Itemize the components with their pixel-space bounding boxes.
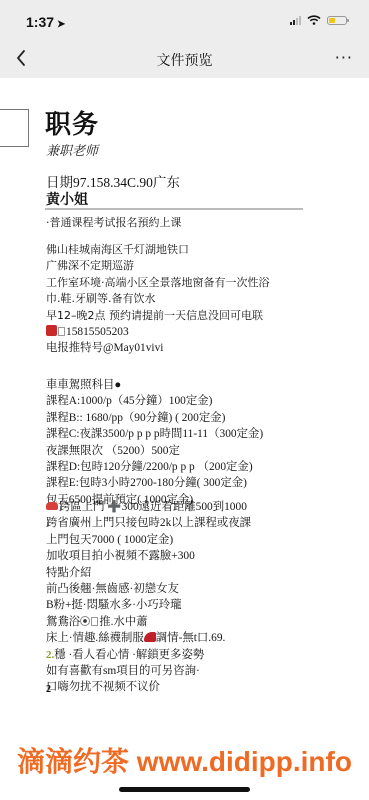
ball-icon: [80, 616, 90, 626]
location-line: 佛山桂城南海区千灯湖地铁口: [46, 242, 270, 258]
page-number: 2: [46, 684, 51, 695]
course-line: 課程A:1000/p（45分鐘）100定金): [46, 393, 263, 409]
car-icon: [46, 502, 58, 510]
document-title: 职务: [45, 104, 99, 141]
contact-name: 黄小姐: [46, 189, 88, 209]
status-bar: 1:37➤: [0, 0, 369, 40]
feature-text: 床上·情趣.絲襪制服: [46, 632, 144, 644]
wifi-icon: [307, 15, 321, 25]
feature-line: 前凸後翹·無齒感·初戀女友: [46, 581, 251, 597]
location-block: 佛山桂城南海区千灯湖地铁口 广佛深不定期巡游 工作室环境·高端小区全景落地窗备有…: [46, 242, 270, 324]
location-line: 早12–晚2点 预约请提前一天信息没回可电联: [46, 308, 270, 324]
location-arrow-icon: ➤: [57, 19, 65, 30]
feature-line: B粉+挺·悶騷水多·小巧玲瓏: [46, 597, 251, 613]
telegram-line: 电报推特号@May01vivi: [46, 340, 163, 356]
course-line: 課程E:包時3小時2700-180分鐘( 300定金): [46, 475, 263, 491]
page-title: 文件预览: [0, 50, 369, 70]
side-box-decoration: [0, 109, 29, 147]
watermark: 滴滴约茶 www.didipp.info: [0, 740, 369, 780]
outcall-block: 跨區上門 ➕300遠近看距離500到1000 跨省廣州上門只接包時2k以上課程或…: [46, 499, 251, 696]
battery-icon: [327, 16, 347, 25]
closing-line: 口嗨勿扰不视频不议价: [46, 679, 251, 695]
date-line: 日期97.158.34C.90广东: [46, 171, 180, 191]
course-line: 夜課無限次 （5200）500定: [46, 443, 263, 459]
course-line: 課程D:包時120分鐘/2200/p p p （200定金): [46, 459, 263, 475]
courses-block: 車車駕照科目● 課程A:1000/p（45分鐘）100定金) 課程B:: 168…: [46, 377, 263, 508]
feature-text: 穩 ·看人看心情 ·解鎖更多姿勢: [54, 649, 204, 661]
time-label: 1:37: [26, 14, 54, 30]
feature-text: 推.水中蕭: [99, 616, 147, 628]
courses-header: 車車駕照科目●: [46, 377, 263, 393]
intro-line: ·普通课程考试报名預約上课: [46, 215, 182, 231]
location-line: 广佛深不定期巡游: [46, 258, 270, 274]
status-icons: [290, 15, 347, 25]
phone-line: 15815505203: [46, 324, 129, 340]
document-preview[interactable]: 职务 兼职老师 日期97.158.34C.90广东 黄小姐 ·普通课程考试报名預…: [0, 78, 369, 800]
nav-bar: 文件预览 ···: [0, 40, 369, 78]
telegram-handle: 电报推特号@May01vivi: [46, 340, 163, 356]
location-line: 巾.鞋.牙刷等.备有饮水: [46, 291, 270, 307]
outcall-line: 加收項目拍小視頻不露臉+300: [46, 548, 251, 564]
divider: [45, 208, 303, 210]
number-two-icon: 2.: [46, 647, 54, 663]
cellular-signal-icon: [290, 16, 301, 25]
outcall-line: 上門包天7000 ( 1000定金): [46, 532, 251, 548]
feature-text: 鴛鴦浴: [46, 616, 80, 628]
outcall-line: 跨區上門 ➕300遠近看距離500到1000: [59, 501, 247, 513]
feature-text: 調情-無t口.69.: [156, 632, 226, 644]
status-time: 1:37➤: [26, 14, 65, 30]
outcall-line: 跨省廣州上門只接包時2k以上課程或夜課: [46, 515, 251, 531]
closing-line: 如有喜歡有sm項目的可另咨詢·: [46, 663, 251, 679]
location-line: 工作室环境·高端小区全景落地窗备有一次性浴: [46, 275, 270, 291]
features-header: 特點介紹: [46, 565, 251, 581]
high-heel-icon: [144, 632, 156, 642]
document-subtitle: 兼职老师: [46, 140, 98, 159]
phone-number: 15815505203: [66, 326, 129, 338]
more-options-button[interactable]: ···: [335, 48, 353, 67]
intro-text: ·普通课程考试报名預約上课: [46, 215, 182, 231]
course-line: 課程B:: 1680/pp（90分鐘) ( 200定金): [46, 410, 263, 426]
course-line: 課程C:夜課3500/p p p p時間11-11（300定金): [46, 426, 263, 442]
missing-glyph-icon: [91, 617, 98, 626]
home-indicator[interactable]: [119, 787, 250, 792]
missing-glyph-icon: [58, 327, 65, 336]
telephone-icon: [46, 325, 57, 336]
